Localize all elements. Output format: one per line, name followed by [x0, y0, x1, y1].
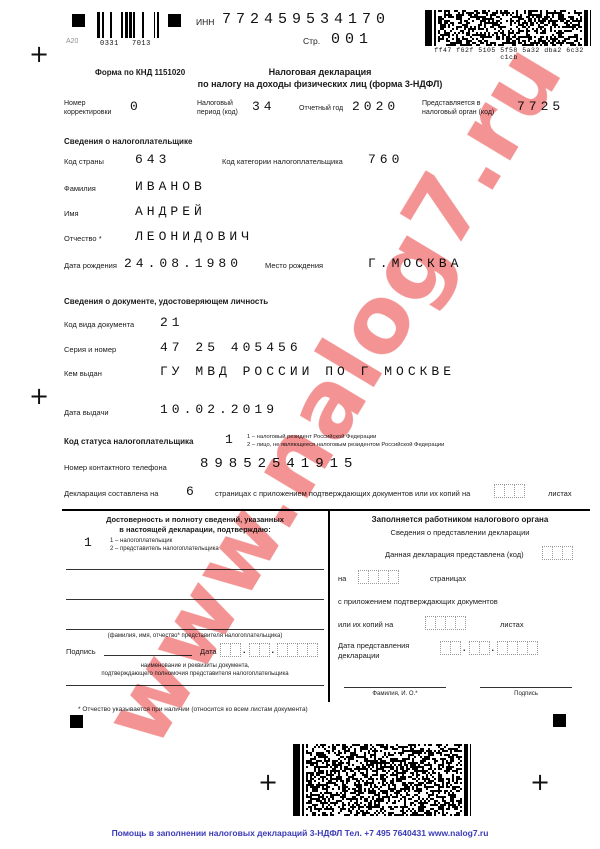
lastname-label: Фамилия — [64, 184, 96, 193]
sheets-count-field — [494, 484, 524, 498]
dotted-cell — [307, 643, 318, 657]
doc-issuer-value: ГУ МВД РОССИИ ПО Г МОСКВЕ — [160, 364, 455, 379]
birthdate-value: 24.08.1980 — [124, 256, 242, 271]
signature-label: Подпись — [66, 647, 96, 656]
dotted-cell — [455, 616, 466, 630]
attestation-box: Достоверность и полноту сведений, указан… — [62, 509, 590, 702]
dotted-cell — [230, 643, 241, 657]
doc-type-code-label: Код вида документа — [64, 320, 134, 329]
submission-date-label-2: декларации — [338, 651, 379, 660]
official-sheets-label: листах — [500, 620, 524, 629]
country-code-label: Код страны — [64, 157, 104, 166]
dotted-cell — [479, 641, 490, 655]
birthdate-label: Дата рождения — [64, 261, 117, 270]
datamatrix-caption: ff47 f62f 5105 5f58 5a32 dba2 6c32 c1cb — [425, 47, 593, 61]
form-title-line2: по налогу на доходы физических лиц (форм… — [130, 79, 510, 90]
tax-authority-value: 7725 — [517, 99, 564, 114]
registration-mark: + — [29, 40, 49, 68]
taxpayer-category-value: 760 — [368, 152, 403, 167]
status-code-label: Код статуса налогоплательщика — [64, 437, 193, 447]
dotted-cell — [527, 641, 538, 655]
official-name-line — [344, 687, 446, 688]
date-separator-dot: . — [272, 643, 275, 657]
birthplace-value: Г.МОСКВА — [368, 256, 462, 271]
fill-line — [66, 569, 324, 570]
registration-mark: + — [258, 768, 278, 796]
date-separator-dot: . — [243, 643, 246, 657]
fill-line — [66, 629, 324, 630]
tax-authority-label: Представляется в налоговый орган (код) — [422, 99, 514, 117]
barcode-digits-right: 7013 — [132, 40, 151, 48]
submission-date-field: .. — [440, 641, 537, 655]
attestation-note-2: 2 – представитель налогоплательщика — [110, 545, 219, 553]
date-separator-dot: . — [492, 641, 495, 655]
official-copies-label: или их копий на — [338, 620, 393, 629]
document-section-title: Сведения о документе, удостоверяющем лич… — [64, 297, 268, 307]
official-name-hint: Фамилия, И. О.* — [344, 690, 446, 698]
dotted-cell — [450, 641, 461, 655]
official-pages-field — [358, 570, 398, 584]
attestation-left-column: Достоверность и полноту сведений, указан… — [62, 511, 330, 702]
barcode-digits-left: 0331 — [100, 40, 119, 48]
official-pages-label: страницах — [430, 574, 466, 583]
doc-authority-hint-2: подтверждающего полномочия представителя… — [62, 670, 328, 678]
attestation-title-1: Достоверность и полноту сведений, указан… — [62, 515, 328, 524]
status-code-value: 1 — [225, 432, 237, 447]
anchor-square — [72, 14, 85, 27]
form-title-line1: Налоговая декларация — [150, 67, 490, 78]
attestation-value: 1 — [84, 535, 96, 550]
firstname-label: Имя — [64, 209, 79, 218]
country-code-value: 643 — [135, 152, 170, 167]
doc-issue-date-label: Дата выдачи — [64, 408, 109, 417]
dotted-cell — [259, 643, 270, 657]
footer-help-text: Помощь в заполнении налоговых деклараций… — [0, 828, 600, 838]
phone-label: Номер контактного телефона — [64, 463, 167, 472]
fio-hint: (фамилия, имя, отчество* представителя н… — [62, 632, 328, 640]
pages-line-prefix: Декларация составлена на — [64, 489, 158, 498]
official-docs-label: с приложением подтверждающих документов — [338, 597, 498, 606]
page-number-label: Стр. — [303, 36, 320, 47]
date-label: Дата — [200, 647, 217, 656]
inn-label: ИНН — [196, 17, 214, 28]
page-number-value: 001 — [331, 31, 373, 48]
correction-number-label: Номер корректировки — [64, 99, 126, 117]
registration-mark: + — [530, 768, 550, 796]
fill-line — [66, 685, 324, 686]
official-sheets-field — [425, 616, 465, 630]
official-title: Заполняется работником налогового органа — [330, 515, 590, 525]
lastname-value: ИВАНОВ — [135, 179, 206, 194]
registration-mark: + — [29, 382, 49, 410]
official-right-column: Заполняется работником налогового органа… — [330, 511, 590, 702]
date-separator-dot: . — [463, 641, 466, 655]
barcode-corner-code: A20 — [66, 37, 78, 46]
dotted-cell — [514, 484, 525, 498]
report-year-value: 2020 — [352, 99, 399, 114]
submitted-code-label: Данная декларация представлена (код) — [385, 550, 524, 559]
official-sign-hint: Подпись — [480, 690, 572, 698]
tax-period-label: Налоговый период (код) — [197, 99, 249, 117]
phone-value: 89852541915 — [200, 456, 358, 472]
signature-line — [104, 643, 192, 656]
middlename-label: Отчество * — [64, 234, 102, 243]
dotted-cell — [388, 570, 399, 584]
doc-type-code-value: 21 — [160, 315, 184, 330]
anchor-square — [168, 14, 181, 27]
on-label: на — [338, 574, 346, 583]
doc-authority-hint-1: наименование и реквизиты документа, — [62, 662, 328, 670]
submitted-code-field — [542, 546, 572, 560]
doc-issuer-label: Кем выдан — [64, 369, 102, 378]
doc-issue-date-value: 10.02.2019 — [160, 402, 278, 417]
anchor-square — [70, 715, 83, 728]
status-note-2: 2 – лицо, не являющееся налоговым резиде… — [247, 441, 444, 450]
official-subtitle: Сведения о представлении декларации — [330, 528, 590, 537]
attestation-note-1: 1 – налогоплательщик — [110, 537, 172, 545]
tax-declaration-page: + + + + A20 0331 7013 ИНН 772459534170 С… — [0, 0, 600, 849]
official-sign-line — [480, 687, 572, 688]
footnote: * Отчество указывается при наличии (отно… — [78, 706, 308, 715]
dotted-cell — [562, 546, 573, 560]
doc-series-label: Серия и номер — [64, 345, 116, 354]
taxpayer-section-title: Сведения о налогоплательщике — [64, 137, 192, 147]
datamatrix-barcode — [425, 10, 593, 46]
attestation-date-field: .. — [220, 643, 317, 657]
report-year-label: Отчетный год — [299, 104, 343, 113]
tax-period-value: 34 — [252, 99, 276, 114]
attestation-title-2: в настоящей декларации, подтверждаю: — [62, 525, 328, 534]
birthplace-label: Место рождения — [265, 261, 323, 270]
pdf417-barcode — [293, 744, 473, 816]
submission-date-label-1: Дата представления — [338, 641, 409, 650]
inn-value: 772459534170 — [222, 11, 390, 28]
anchor-square — [553, 714, 566, 727]
taxpayer-category-label: Код категории налогоплательщика — [222, 157, 343, 166]
form-linear-barcode — [93, 12, 161, 38]
doc-series-value: 47 25 405456 — [160, 340, 302, 355]
correction-number-value: 0 — [130, 99, 142, 114]
pages-line-middle: страницах с приложением подтверждающих д… — [215, 489, 470, 498]
pages-line-suffix: листах — [548, 489, 572, 498]
middlename-value: ЛЕОНИДОВИЧ — [135, 229, 253, 244]
fill-line — [66, 599, 324, 600]
pages-count-value: 6 — [186, 484, 198, 499]
firstname-value: АНДРЕЙ — [135, 204, 206, 219]
